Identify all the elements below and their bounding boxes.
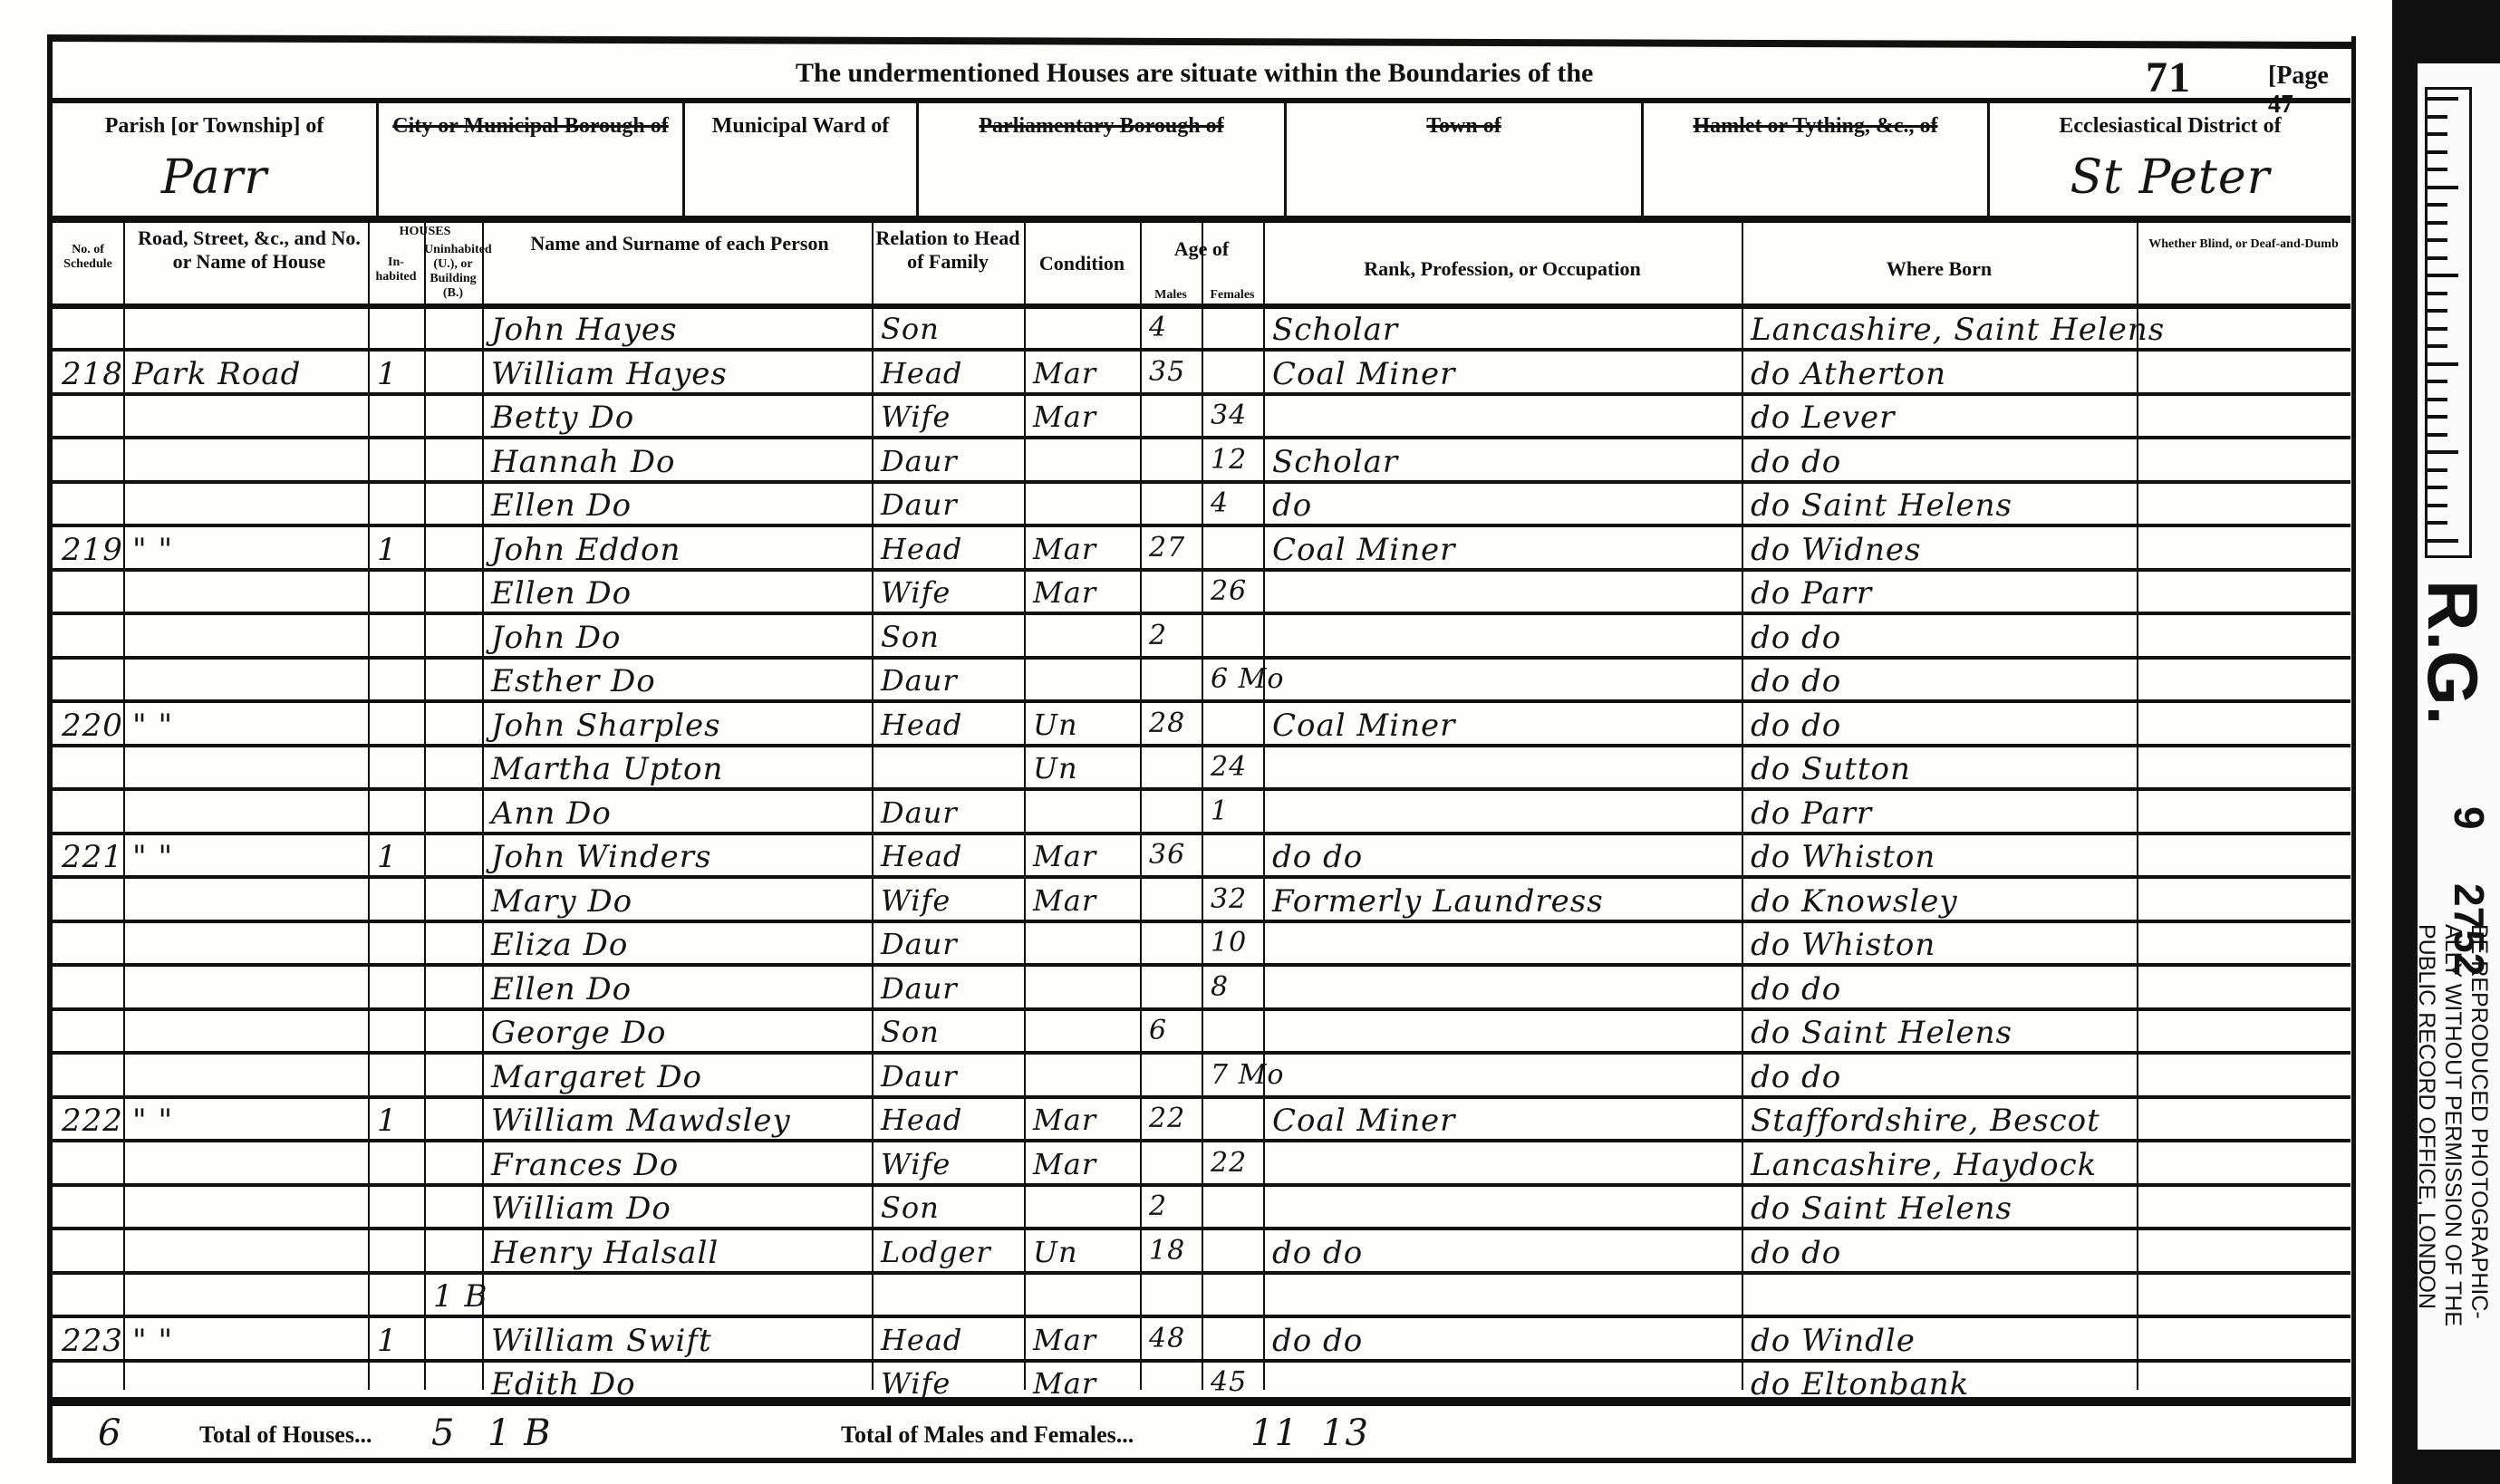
column-header: Name and Surname of each Person: [507, 232, 852, 255]
column-header: Rank, Profession, or Occupation: [1263, 257, 1742, 281]
cell-relation: Wife: [881, 575, 951, 610]
ruler-tick: [2428, 327, 2447, 331]
cell-schedule: 220: [62, 708, 123, 744]
cell-where-born: Lancashire, Haydock: [1751, 1147, 2097, 1183]
cell-name: Mary Do: [491, 883, 632, 920]
district-label: Parliamentary Borough of: [919, 114, 1284, 139]
ruler-tick: [2428, 398, 2447, 401]
cell-relation: Daur: [881, 795, 958, 830]
ruler-tick: [2428, 97, 2458, 101]
cell-where-born: do do: [1751, 663, 1841, 699]
cell-relation: Daur: [881, 971, 958, 1006]
cell-occupation: Coal Miner: [1272, 532, 1455, 568]
column-header: No. of Schedule: [53, 243, 123, 272]
cell-occupation: do do: [1272, 1323, 1363, 1359]
cell-where-born: do Parr: [1751, 795, 1872, 832]
ruler-tick: [2428, 362, 2458, 366]
cell-female-age: 45: [1211, 1366, 1247, 1398]
cell-male-age: 22: [1149, 1103, 1185, 1134]
cell-male-age: 4: [1149, 312, 1167, 343]
cell-name: Henry Halsall: [491, 1235, 719, 1271]
district-value: Parr: [53, 150, 376, 205]
cell-relation: Son: [881, 312, 940, 346]
cell-where-born: do do: [1751, 708, 1841, 744]
district-label: City or Municipal Borough of: [379, 114, 682, 139]
cell-schedule: 223: [62, 1323, 123, 1359]
cell-female-age: 26: [1211, 575, 1247, 607]
cell-where-born: Staffordshire, Bescot: [1751, 1103, 2100, 1139]
cell-schedule: 221: [62, 839, 123, 875]
cell-condition: Un: [1033, 1235, 1078, 1269]
column-header: Where Born: [1742, 257, 2137, 281]
cell-address: Park Road: [132, 356, 301, 392]
cell-condition: Un: [1033, 708, 1078, 742]
cell-relation: Daur: [881, 487, 958, 522]
column-header: Road, Street, &c., and No. or Name of Ho…: [136, 226, 362, 274]
folio-number: 71: [2146, 53, 2191, 102]
copyright-notice: BE REPRODUCED PHOTOGRAPHIC- ALLY WITHOUT…: [2413, 924, 2492, 1326]
column-header: Condition: [1024, 252, 1140, 275]
ruler-tick: [2428, 521, 2447, 525]
ruler-tick: [2428, 150, 2447, 154]
cell-condition: Mar: [1033, 1147, 1096, 1181]
district-label: Town of: [1287, 114, 1641, 139]
cell-relation: Wife: [881, 1366, 951, 1401]
column-rule: [2137, 221, 2138, 1390]
cell-name: Martha Upton: [491, 751, 723, 787]
ruler-tick: [2428, 309, 2447, 313]
cell-where-born: do Parr: [1751, 575, 1872, 612]
ruler-tick: [2428, 380, 2447, 383]
cell-female-age: 8: [1211, 971, 1229, 1003]
ruler-tick: [2428, 539, 2458, 543]
district-cell: Parish [or Township] ofParr: [53, 101, 379, 217]
cell-relation: Wife: [881, 883, 951, 918]
column-header: Uninhabited (U.), or Building (B.): [424, 243, 482, 301]
ruler-tick: [2428, 468, 2447, 472]
cell-condition: Mar: [1033, 1366, 1096, 1401]
ruler-tick: [2428, 186, 2458, 189]
district-cell: Town of: [1287, 101, 1644, 217]
cell-address: " ": [132, 1103, 173, 1139]
column-header: Whether Blind, or Deaf-and-Dumb: [2137, 237, 2350, 252]
cell-condition: Mar: [1033, 883, 1096, 918]
cell-condition: Mar: [1033, 400, 1096, 434]
cell-schedule: 218: [62, 356, 123, 392]
cell-where-born: do do: [1751, 1235, 1841, 1271]
cell-name: John Do: [491, 620, 621, 656]
cell-female-age: 10: [1211, 927, 1247, 959]
cell-where-born: do Saint Helens: [1751, 1015, 2013, 1051]
column-rule: [123, 221, 125, 1390]
column-rule: [1263, 221, 1265, 1390]
cell-male-age: 2: [1149, 620, 1167, 651]
cell-inhabited: 1: [377, 532, 398, 568]
cell-female-age: 7 Mo: [1211, 1059, 1284, 1091]
cell-where-born: Lancashire, Saint Helens: [1751, 312, 2165, 348]
cell-female-age: 12: [1211, 444, 1247, 476]
notice-line: BE REPRODUCED PHOTOGRAPHIC-: [2466, 924, 2492, 1326]
column-header: Females: [1202, 288, 1263, 303]
cell-female-age: 24: [1211, 751, 1247, 783]
district-cell: Ecclesiastical District ofSt Peter: [1990, 101, 2350, 217]
cell-female-age: 32: [1211, 883, 1247, 915]
cell-name: Margaret Do: [491, 1059, 702, 1095]
column-header: Relation to Head of Family: [872, 226, 1024, 274]
cell-relation: Head: [881, 1323, 962, 1357]
cell-where-born: do do: [1751, 444, 1841, 480]
cell-inhabited: 1: [377, 1103, 398, 1139]
cell-relation: Daur: [881, 1059, 958, 1094]
ruler-tick: [2428, 504, 2447, 507]
ruler-tick: [2428, 292, 2447, 295]
cell-name: John Hayes: [491, 312, 677, 348]
cell-where-born: do Whiston: [1751, 927, 1935, 963]
cell-condition: Mar: [1033, 532, 1096, 566]
cell-where-born: do Saint Helens: [1751, 1190, 2013, 1227]
column-rule: [1140, 221, 1142, 1390]
district-label: Parish [or Township] of: [53, 114, 376, 139]
notice-line: ALLY WITHOUT PERMISSION OF THE: [2439, 924, 2466, 1326]
cell-female-age: 6 Mo: [1211, 663, 1284, 695]
column-rule: [1024, 221, 1026, 1390]
cell-name: Ellen Do: [491, 971, 632, 1007]
cell-relation: Head: [881, 839, 962, 873]
ruler-tick: [2428, 256, 2447, 260]
cell-address: " ": [132, 1323, 173, 1359]
cell-where-born: do Atherton: [1751, 356, 1946, 392]
cell-male-age: 35: [1149, 356, 1185, 388]
cell-relation: Daur: [881, 444, 958, 478]
cell-relation: Head: [881, 1103, 962, 1137]
cell-name: Eliza Do: [491, 927, 628, 963]
cell-male-age: 48: [1149, 1323, 1185, 1354]
cell-occupation: do do: [1272, 1235, 1363, 1271]
ruler-tick: [2428, 132, 2447, 136]
cell-occupation: Scholar: [1272, 444, 1398, 480]
cell-name: William Swift: [491, 1323, 712, 1359]
cell-condition: Mar: [1033, 1103, 1096, 1137]
title-bar: The undermentioned Houses are situate wi…: [53, 42, 2350, 98]
cell-schedule: 222: [62, 1103, 123, 1139]
district-cell: Parliamentary Borough of: [919, 101, 1287, 217]
cell-where-born: do do: [1751, 1059, 1841, 1095]
ruler-tick: [2428, 221, 2447, 225]
cell-where-born: do Lever: [1751, 400, 1895, 436]
schedule-count-mark: 6: [98, 1412, 121, 1454]
column-rule: [482, 221, 484, 1390]
column-header: Males: [1140, 288, 1202, 303]
cell-where-born: do do: [1751, 620, 1841, 656]
cell-name: Betty Do: [491, 400, 634, 436]
district-cell: Municipal Ward of: [685, 101, 919, 217]
district-label: Municipal Ward of: [685, 114, 916, 139]
cell-where-born: do Windle: [1751, 1323, 1916, 1359]
cell-uninhabited: 1 B: [433, 1278, 487, 1315]
cell-where-born: do Knowsley: [1751, 883, 1958, 920]
column-rule: [368, 221, 370, 1390]
ruler-tick: [2428, 203, 2447, 207]
ruler-tick: [2428, 274, 2458, 277]
cell-relation: Daur: [881, 927, 958, 961]
ruler-tick: [2428, 433, 2447, 437]
cell-name: Esther Do: [491, 663, 656, 699]
district-label: Hamlet or Tything, &c., of: [1644, 114, 1987, 139]
ruler-tick: [2428, 344, 2447, 348]
cell-male-age: 27: [1149, 532, 1185, 564]
cell-female-age: 4: [1211, 487, 1229, 519]
totals-row: 6 Total of Houses... 5 1 B Total of Male…: [53, 1397, 2350, 1465]
record-series: 9: [2445, 806, 2494, 830]
cell-name: Hannah Do: [491, 444, 675, 480]
cell-name: Ellen Do: [491, 575, 632, 612]
cell-relation: Wife: [881, 1147, 951, 1181]
cell-relation: Son: [881, 1015, 940, 1049]
cell-inhabited: 1: [377, 839, 398, 875]
notice-line: PUBLIC RECORD OFFICE, LONDON: [2413, 924, 2439, 1326]
cell-condition: Mar: [1033, 356, 1096, 390]
column-rule: [872, 221, 874, 1390]
total-males: 11: [1250, 1412, 1298, 1454]
cell-name: John Sharples: [491, 708, 721, 744]
cell-male-age: 18: [1149, 1235, 1185, 1267]
cell-occupation: Coal Miner: [1272, 356, 1455, 392]
ruler-tick: [2428, 450, 2458, 454]
cell-condition: Mar: [1033, 839, 1096, 873]
cell-condition: Un: [1033, 751, 1078, 785]
cell-relation: Head: [881, 708, 962, 742]
cell-name: Ellen Do: [491, 487, 632, 524]
cell-male-age: 2: [1149, 1190, 1167, 1222]
column-rule: [1742, 221, 1743, 1390]
total-females: 13: [1321, 1412, 1369, 1454]
cell-occupation: Coal Miner: [1272, 1103, 1455, 1139]
cell-female-age: 22: [1211, 1147, 1247, 1179]
cell-relation: Son: [881, 620, 940, 654]
cell-occupation: Coal Miner: [1272, 708, 1455, 744]
cell-male-age: 28: [1149, 708, 1185, 739]
cell-inhabited: 1: [377, 356, 398, 392]
district-label: Ecclesiastical District of: [1990, 114, 2350, 139]
cell-name: Ann Do: [491, 795, 612, 832]
cell-relation: Lodger: [881, 1235, 991, 1269]
cell-male-age: 6: [1149, 1015, 1167, 1046]
cell-condition: Mar: [1033, 575, 1096, 610]
ruler-tick: [2428, 415, 2447, 419]
cell-relation: Head: [881, 532, 962, 566]
cell-where-born: do Widnes: [1751, 532, 1922, 568]
cell-address: " ": [132, 708, 173, 744]
cell-name: John Eddon: [491, 532, 681, 568]
total-uninhabited: 1 B: [487, 1412, 552, 1454]
cell-name: William Mawdsley: [491, 1103, 791, 1139]
district-value: St Peter: [1990, 150, 2350, 205]
page-title: The undermentioned Houses are situate wi…: [796, 58, 1593, 89]
cell-name: Frances Do: [491, 1147, 679, 1183]
cell-condition: Mar: [1033, 1323, 1096, 1357]
district-cell: Hamlet or Tything, &c., of: [1644, 101, 1990, 217]
cell-name: George Do: [491, 1015, 666, 1051]
ruler-tick: [2428, 168, 2447, 171]
cell-relation: Wife: [881, 400, 951, 434]
ruler-tick: [2428, 238, 2447, 242]
record-class: R.G.: [2411, 580, 2494, 725]
total-inhabited: 5: [431, 1412, 455, 1454]
cell-name: William Hayes: [491, 356, 728, 392]
cell-female-age: 34: [1211, 400, 1247, 431]
cell-occupation: Scholar: [1272, 312, 1398, 348]
cell-relation: Daur: [881, 663, 958, 698]
cell-schedule: 219: [62, 532, 123, 568]
cell-inhabited: 1: [377, 1323, 398, 1359]
cell-address: " ": [132, 532, 173, 568]
cell-address: " ": [132, 839, 173, 875]
ruler-tick: [2428, 486, 2447, 489]
district-cell: City or Municipal Borough of: [379, 101, 685, 217]
column-header: In-habited: [368, 255, 424, 284]
cell-occupation: do: [1272, 487, 1312, 524]
cell-occupation: Formerly Laundress: [1272, 883, 1604, 920]
total-houses-label: Total of Houses...: [199, 1421, 372, 1449]
cell-where-born: do Whiston: [1751, 839, 1935, 875]
cell-where-born: do do: [1751, 971, 1841, 1007]
cell-female-age: 1: [1211, 795, 1229, 827]
cell-occupation: do do: [1272, 839, 1363, 875]
column-rule: [424, 221, 426, 1390]
cell-name: William Do: [491, 1190, 671, 1227]
cell-where-born: do Sutton: [1751, 751, 1911, 787]
total-persons-label: Total of Males and Females...: [841, 1421, 1134, 1449]
cell-male-age: 36: [1149, 839, 1185, 871]
cell-name: John Winders: [491, 839, 711, 875]
scale-ruler: [2425, 87, 2472, 558]
ruler-tick: [2428, 115, 2447, 119]
column-rule: [1202, 221, 1203, 1390]
cell-relation: Head: [881, 356, 962, 390]
cell-where-born: do Saint Helens: [1751, 487, 2013, 524]
cell-relation: Son: [881, 1190, 940, 1225]
